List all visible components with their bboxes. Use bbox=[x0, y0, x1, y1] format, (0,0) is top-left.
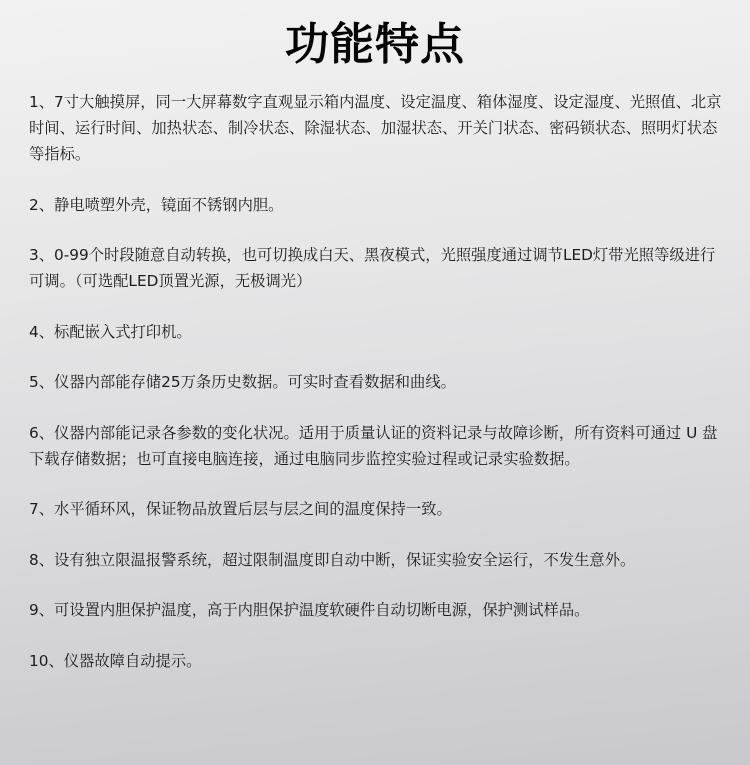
feature-item-2: 2、静电喷塑外壳，镜面不锈钢内胆。 bbox=[29, 192, 729, 218]
feature-item-10: 10、仪器故障自动提示。 bbox=[29, 648, 729, 674]
feature-item-4: 4、标配嵌入式打印机。 bbox=[29, 319, 729, 345]
feature-item-7: 7、水平循环风，保证物品放置后层与层之间的温度保持一致。 bbox=[29, 496, 729, 522]
page-title: 功能特点 bbox=[0, 14, 750, 76]
feature-item-9: 9、可设置内胆保护温度，高于内胆保护温度软硬件自动切断电源，保护测试样品。 bbox=[29, 597, 729, 623]
feature-item-3: 3、0-99个时段随意自动转换，也可切换成白天、黑夜模式，光照强度通过调节LED… bbox=[29, 242, 729, 294]
feature-item-5: 5、仪器内部能存储25万条历史数据。可实时查看数据和曲线。 bbox=[29, 369, 729, 395]
feature-item-8: 8、设有独立限温报警系统，超过限制温度即自动中断，保证实验安全运行，不发生意外。 bbox=[29, 547, 729, 573]
feature-item-1: 1、7寸大触摸屏，同一大屏幕数字直观显示箱内温度、设定温度、箱体湿度、设定湿度、… bbox=[29, 89, 729, 167]
feature-item-6: 6、仪器内部能记录各参数的变化状况。适用于质量认证的资料记录与故障诊断，所有资料… bbox=[29, 420, 729, 472]
feature-list: 1、7寸大触摸屏，同一大屏幕数字直观显示箱内温度、设定温度、箱体湿度、设定湿度、… bbox=[29, 89, 729, 698]
